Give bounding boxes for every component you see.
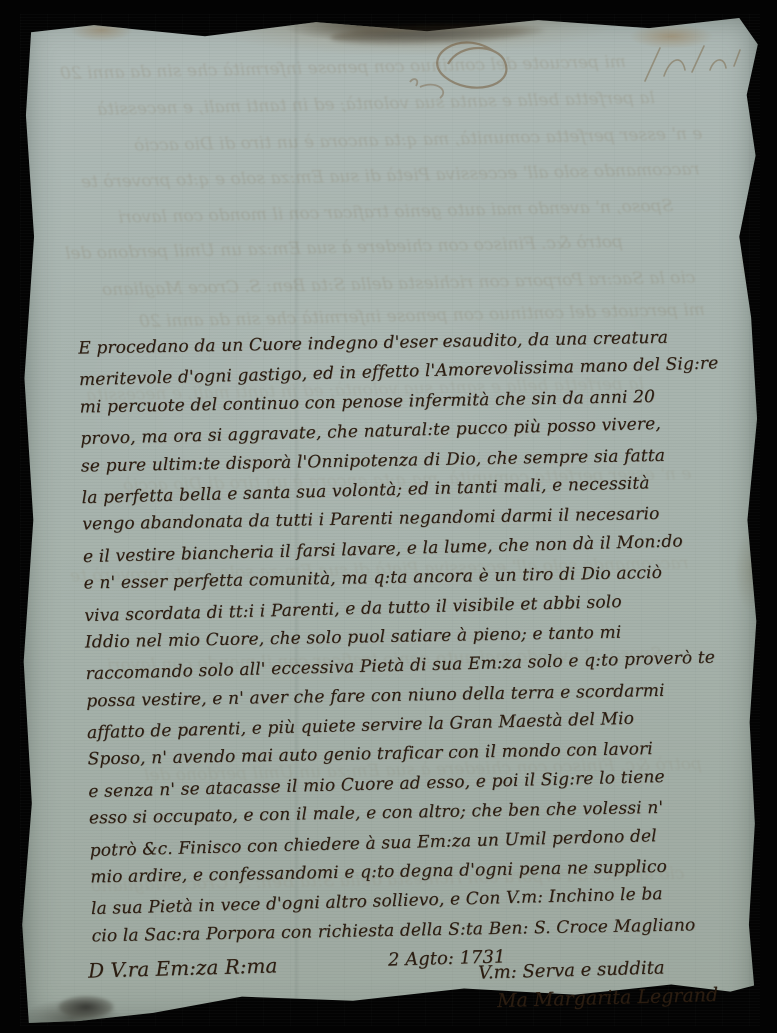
ink-smudge-stain — [58, 996, 114, 1018]
scanned-letter: mi percuote del continuo con penose infe… — [0, 0, 777, 1033]
signature-line-2: Ma Margarita Legrand — [497, 984, 719, 1012]
letter-body: E procedano da un Cuore indegno d'eser e… — [78, 321, 764, 953]
